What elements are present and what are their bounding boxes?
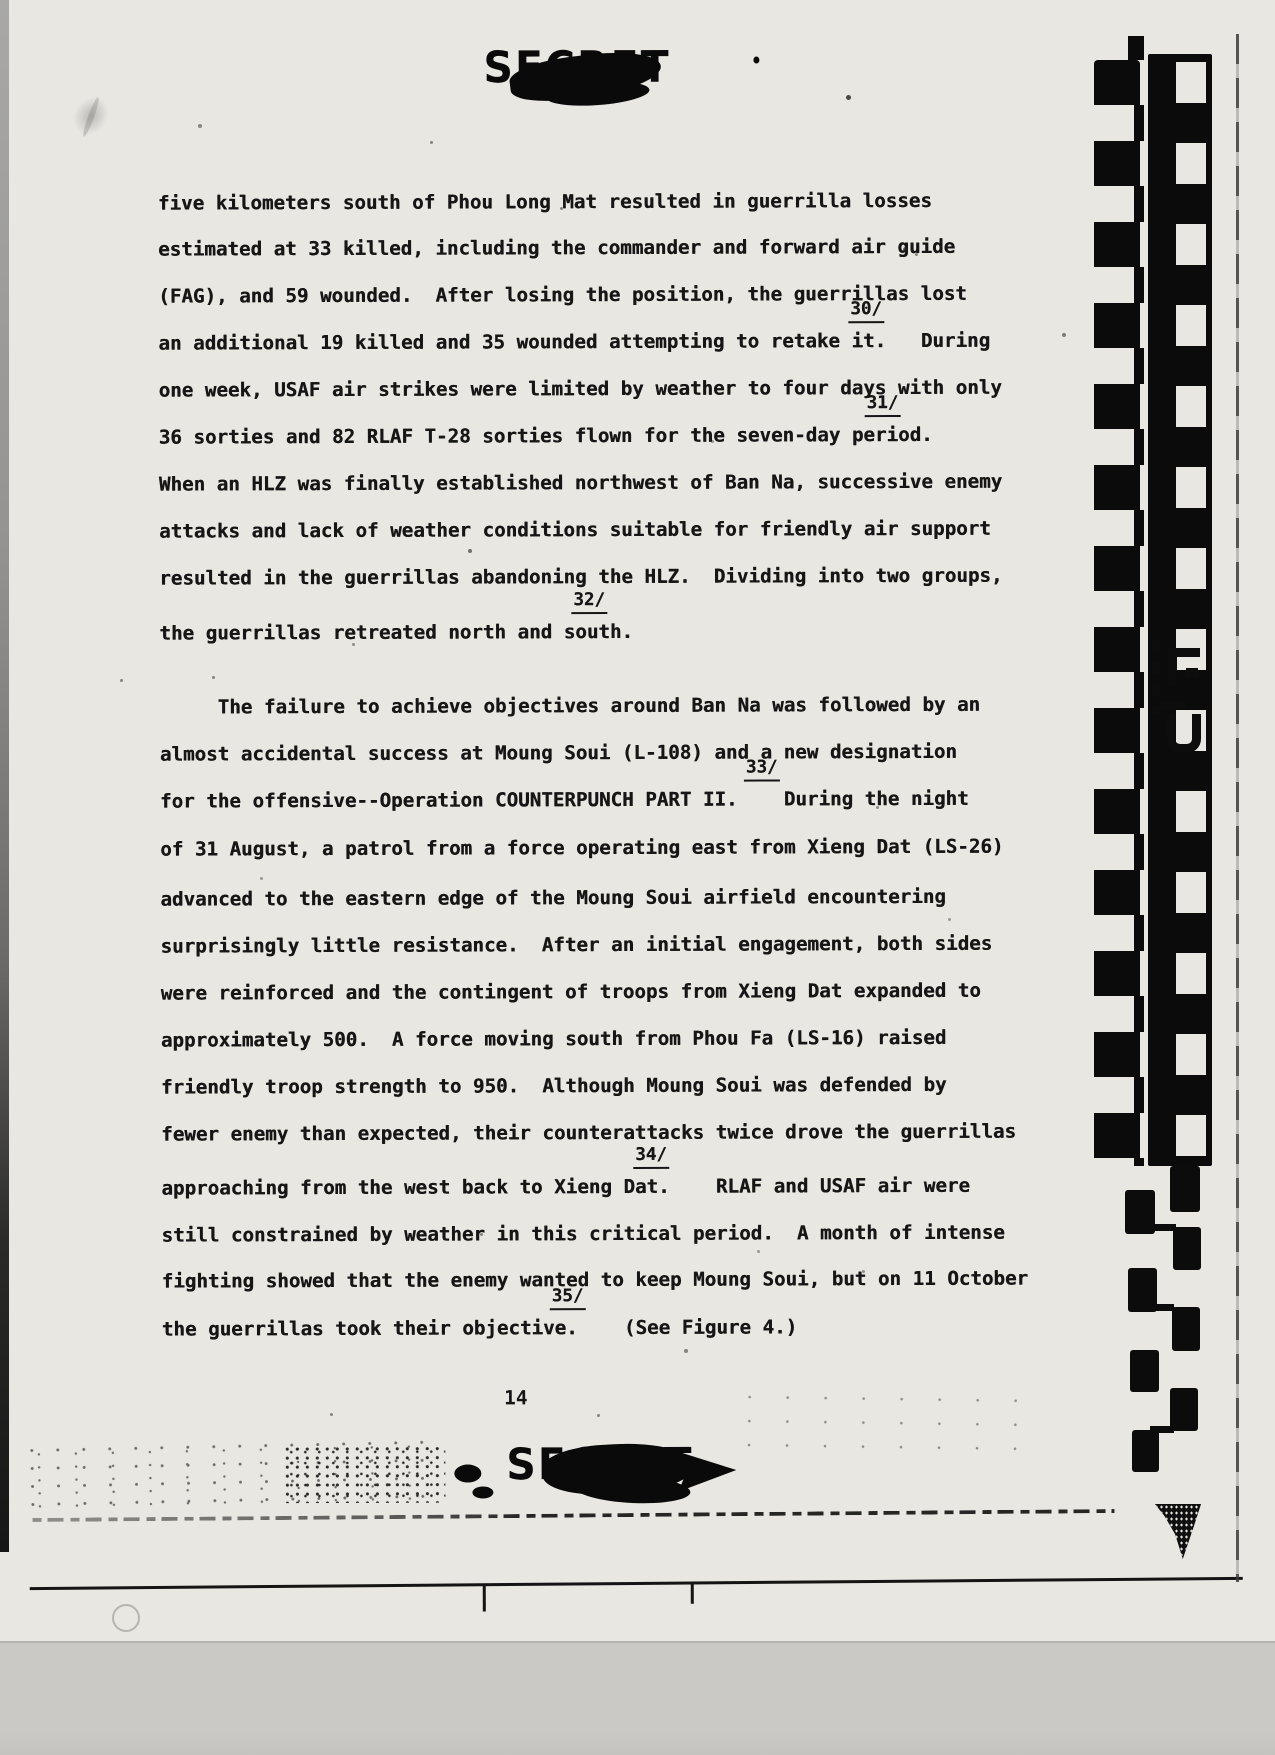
binding-overprint-mark [1168, 648, 1177, 686]
toner-speckles [747, 1395, 1038, 1471]
body-line: resulted in the guerrillas abandoning th… [159, 564, 1002, 591]
toner-fleck [198, 124, 202, 128]
toner-fleck [846, 95, 851, 100]
body-line: 36 sorties and 82 RLAF T-28 sorties flow… [159, 423, 933, 450]
toner-fleck [597, 1414, 600, 1417]
body-line: (FAG), and 59 wounded. After losing the … [158, 282, 967, 309]
toner-fleck [862, 1270, 865, 1273]
ink-blot [678, 1452, 736, 1492]
ink-blot [454, 1464, 481, 1482]
toner-fleck [948, 918, 951, 921]
toner-fleck [711, 440, 714, 443]
scanned-page: SECRET five kilometers south of Phou Lon… [0, 0, 1275, 1642]
binding-strip [1128, 36, 1144, 60]
toner-fleck [560, 207, 563, 210]
toner-fleck [352, 643, 355, 646]
dashed-rule [32, 1509, 1114, 1522]
toner-fleck [420, 346, 423, 349]
toner-fleck [468, 549, 472, 553]
body-line: five kilometers south of Phou Long Mat r… [158, 189, 932, 216]
binding-connector [1134, 60, 1144, 1166]
binding-overprint-mark [1166, 714, 1201, 753]
typewritten-text-layer: SECRET five kilometers south of Phou Lon… [0, 0, 1275, 1644]
toner-fleck [1062, 333, 1066, 337]
body-line: approximately 500. A force moving south … [161, 1026, 947, 1053]
bottom-rule [30, 1577, 1243, 1590]
binding-step [1172, 1307, 1200, 1351]
footnote-ref: 35/ [550, 1288, 586, 1310]
footnote-ref: 34/ [633, 1147, 669, 1169]
toner-speckles [285, 1447, 445, 1504]
binding-step [1132, 1430, 1159, 1472]
scanner-bed [0, 1641, 1275, 1755]
toner-fleck [876, 806, 879, 809]
body-line: fewer enemy than expected, their counter… [161, 1120, 1016, 1147]
ink-speck [753, 57, 759, 64]
toner-fleck [757, 1250, 760, 1253]
rule-tick [691, 1584, 694, 1604]
body-line: for the offensive--Operation COUNTERPUNC… [160, 787, 969, 814]
page-edge-line [1236, 34, 1239, 1582]
footnote-ref: 31/ [865, 395, 901, 417]
binding-link [1152, 1224, 1176, 1231]
binding-step [1170, 1388, 1198, 1431]
body-line: fighting showed that the enemy wanted to… [162, 1267, 1028, 1294]
body-line: advanced to the eastern edge of the Moun… [160, 885, 946, 912]
toner-fleck [120, 679, 123, 682]
body-line: estimated at 33 killed, including the co… [158, 235, 955, 262]
binding-step [1170, 1166, 1200, 1212]
toner-fleck [430, 141, 433, 144]
binding-step [1173, 1227, 1201, 1270]
toner-fleck [212, 676, 215, 679]
page-number: 14 [504, 1388, 528, 1408]
toner-fleck [903, 247, 908, 252]
binding-step [1130, 1350, 1159, 1392]
toner-fleck [330, 1413, 333, 1416]
body-line: almost accidental success at Moung Soui … [160, 740, 957, 767]
footnote-ref: 33/ [744, 759, 780, 781]
body-line: attacks and lack of weather conditions s… [159, 517, 991, 544]
body-line: When an HLZ was finally established nort… [159, 470, 1002, 497]
footnote-ref: 32/ [571, 592, 607, 614]
binding-step [1128, 1268, 1157, 1312]
paper-ring-mark [112, 1604, 140, 1632]
toner-fleck [684, 1349, 688, 1353]
body-line: of 31 August, a patrol from a force oper… [160, 835, 1003, 862]
body-line: an additional 19 killed and 35 wounded a… [158, 329, 990, 356]
rule-tick [483, 1585, 486, 1611]
body-line: surprisingly little resistance. After an… [160, 932, 992, 959]
footnote-ref: 30/ [848, 301, 884, 323]
body-line: The failure to achieve objectives around… [218, 693, 981, 720]
toner-fleck [915, 253, 918, 256]
binding-link [1150, 1426, 1174, 1433]
ink-blot [472, 1486, 493, 1498]
binding-overprint-mark [1160, 702, 1186, 709]
body-line: friendly troop strength to 950. Although… [161, 1073, 947, 1100]
toner-fleck [480, 1233, 483, 1236]
binding-step [1125, 1190, 1155, 1234]
body-line: were reinforced and the contingent of tr… [161, 979, 981, 1006]
body-line: approaching from the west back to Xieng … [161, 1174, 970, 1201]
binding-overprint-mark [1152, 640, 1160, 714]
binding-notches [1176, 62, 1206, 1162]
toner-fleck [260, 877, 263, 880]
body-line: the guerrillas took their objective. (Se… [162, 1315, 797, 1341]
body-line: the guerrillas retreated north and south… [159, 620, 633, 646]
binding-link [1154, 1304, 1174, 1311]
body-line: still constrained by weather in this cri… [161, 1221, 1004, 1248]
binding-overprint-mark [1186, 668, 1198, 678]
